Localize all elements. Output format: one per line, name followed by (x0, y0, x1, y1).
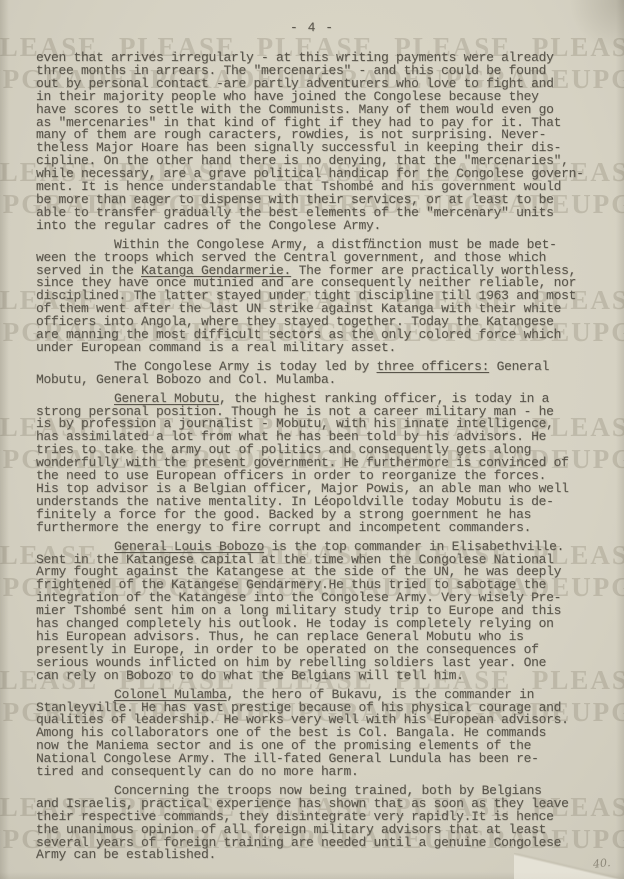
paragraph: Colonel Mulamba, the hero of Bukavu, is … (36, 689, 596, 779)
text-line: furthermore the energy to fire corrupt a… (36, 522, 596, 535)
text-segment: Mobutu, General Bobozo and Col. Mulamba. (36, 372, 336, 387)
typed-text: even that arrives irregularly - at this … (36, 52, 596, 868)
paragraph: Within the Congolese Army, a distf̸incti… (36, 239, 596, 355)
text-line: Mobutu, General Bobozo and Col. Mulamba. (36, 374, 596, 387)
text-segment: under European command is a real militar… (36, 340, 396, 355)
text-line: tired and consequently can do no more ha… (36, 766, 596, 779)
paragraph: even that arrives irregularly - at this … (36, 52, 596, 233)
text-segment: Army can be established. (36, 847, 216, 862)
text-segment: General (489, 359, 549, 374)
text-segment: furthermore the energy to fire corrupt a… (36, 520, 531, 535)
text-line: Army can be established. (36, 849, 596, 862)
underlined-text: three officers: (377, 359, 490, 374)
text-line: can rely on Bobozo to do what the Belgia… (36, 670, 596, 683)
paragraph: Concerning the troops now being trained,… (36, 785, 596, 862)
text-line: under European command is a real militar… (36, 342, 596, 355)
page-number: - 4 - (0, 20, 624, 35)
paragraph: General Louis Bobozo is the top commande… (36, 541, 596, 683)
scanned-page: { "page": { "number_label": "- 4 -", "ha… (0, 0, 624, 879)
text-segment: can rely on Bobozo to do what the Belgia… (36, 668, 464, 683)
text-segment: tired and consequently can do no more ha… (36, 764, 359, 779)
paragraph: The Congolese Army is today led by three… (36, 361, 596, 387)
text-line: into the regular cadres of the Congolese… (36, 220, 596, 233)
handwritten-page-note: 40. (592, 856, 611, 871)
paragraph: General Mobutu, the highest ranking offi… (36, 393, 596, 535)
text-segment: into the regular cadres of the Congolese… (36, 218, 381, 233)
